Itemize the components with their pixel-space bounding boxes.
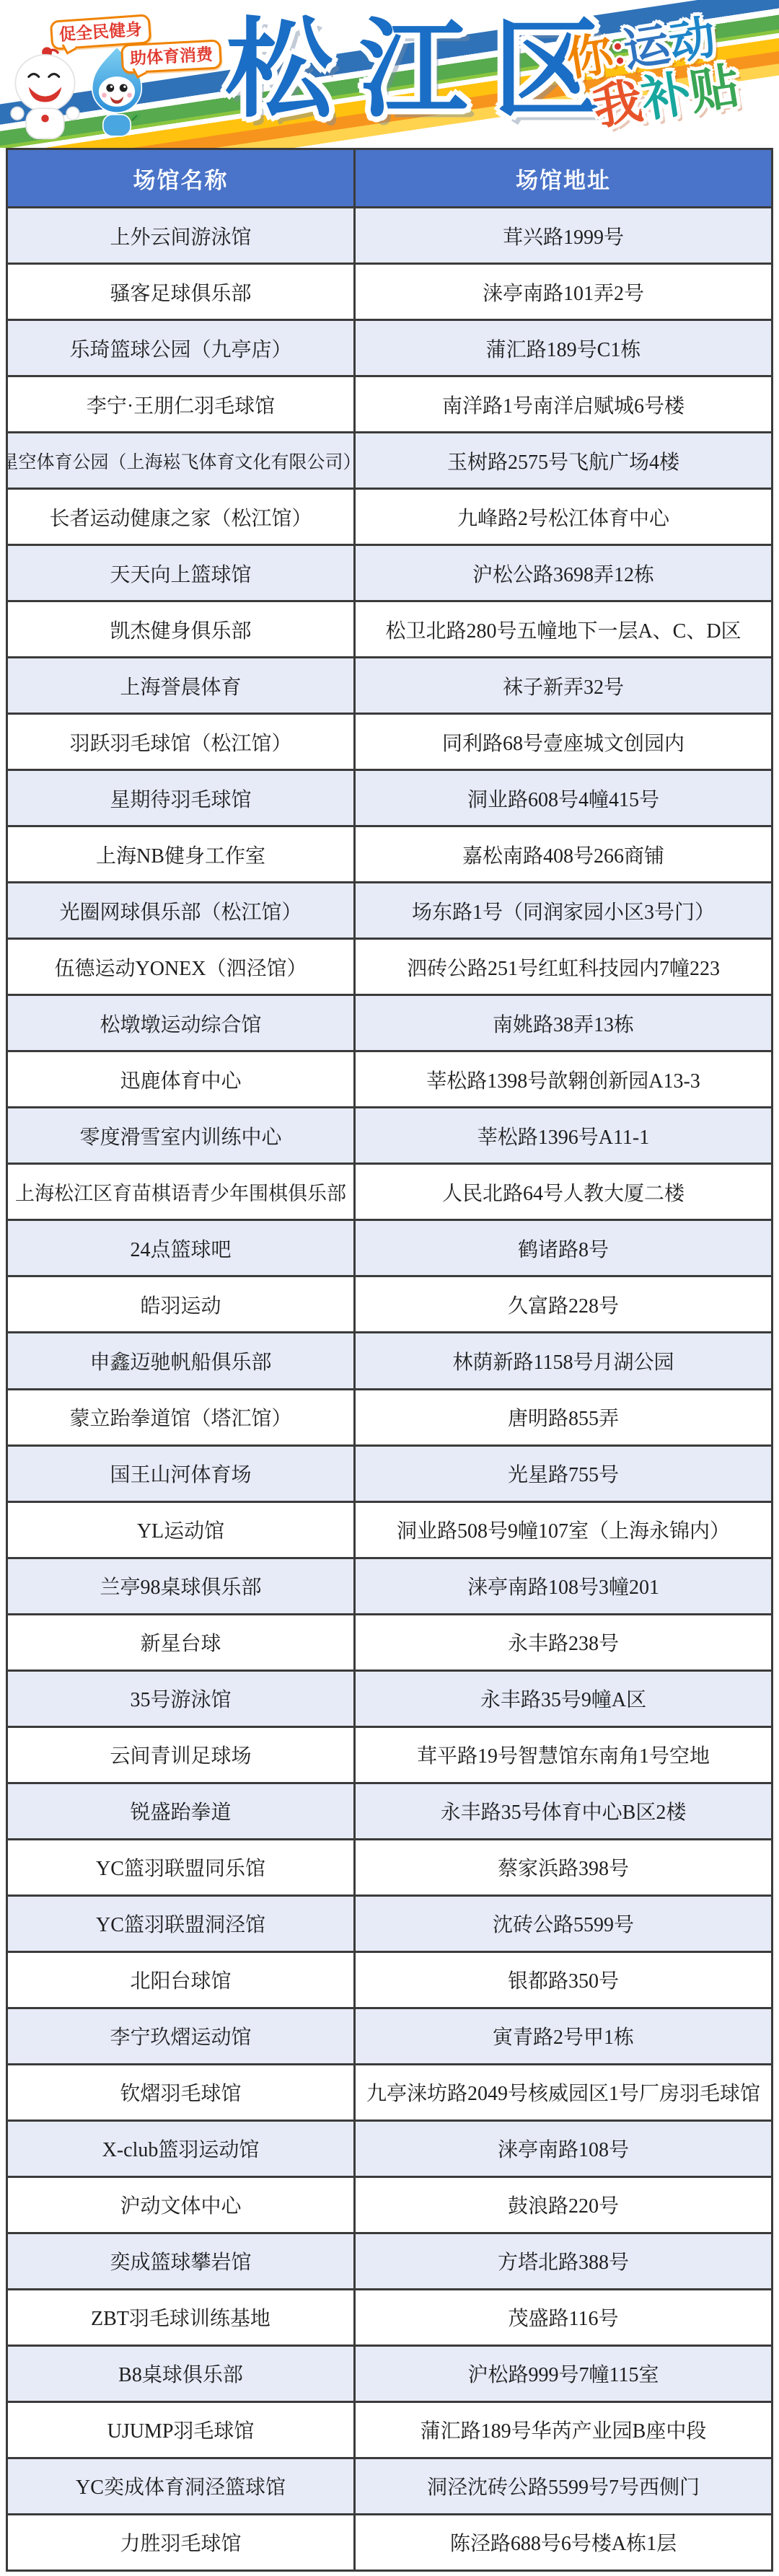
- venue-address-cell: 永丰路35号体育中心B区2楼: [356, 1784, 771, 1838]
- venue-table: 场馆名称 场馆地址 上外云间游泳馆茸兴路1999号骚客足球俱乐部涞亭南路101弄…: [6, 148, 773, 2572]
- venue-address-cell: 沪松路999号7幢115室: [356, 2347, 771, 2401]
- venue-name-cell: 星期待羽毛球馆: [8, 771, 353, 825]
- venue-address-cell: 嘉松南路408号266商铺: [356, 827, 771, 881]
- venue-name-cell: 松墩墩运动综合馆: [8, 996, 353, 1050]
- venue-address-cell: 玉树路2575号飞航广场4楼: [356, 433, 771, 488]
- venue-name-cell: 皓羽运动: [8, 1277, 353, 1331]
- venue-name-cell: 北阳台球馆: [8, 1953, 353, 2007]
- venue-address-cell: 寅青路2号甲1栋: [356, 2009, 771, 2063]
- venue-address-cell: 茸兴路1999号: [356, 208, 771, 263]
- venue-address-cell: 沪松公路3698弄12栋: [356, 546, 771, 600]
- venue-name-cell: 光圈网球俱乐部（松江馆）: [8, 883, 353, 938]
- venue-name-cell: B8桌球俱乐部: [8, 2347, 353, 2401]
- venue-name-cell: 李宁玖熠运动馆: [8, 2009, 353, 2063]
- venue-name-cell: UJUMP羽毛球馆: [8, 2403, 353, 2457]
- speech-bubble-consumption-text: 助体育消费: [129, 45, 213, 68]
- slogan-char: 运: [620, 21, 673, 74]
- venue-name-cell: X-club篮羽运动馆: [8, 2122, 353, 2176]
- venue-name-cell: 长者运动健康之家（松江馆）: [8, 490, 353, 544]
- slogan-char: 补: [638, 69, 695, 125]
- column-header-venue-name: 场馆名称: [8, 150, 353, 206]
- venue-name-cell: YC奕成体育洞泾篮球馆: [8, 2459, 353, 2513]
- venue-name-cell: 新星台球: [8, 1615, 353, 1669]
- venue-address-cell: 人民北路64号人教大厦二楼: [356, 1165, 771, 1219]
- venue-address-cell: 同利路68号壹座城文创园内: [356, 715, 771, 769]
- venue-name-cell: 李宁·王朋仁羽毛球馆: [8, 377, 353, 431]
- venue-address-cell: 涞亭南路101弄2号: [356, 265, 771, 319]
- venue-address-cell: 涞亭南路108号3幢201: [356, 1559, 771, 1613]
- venue-address-cell: 泗砖公路251号红虹科技园内7幢223: [356, 940, 771, 994]
- venue-address-cell: 鼓浪路220号: [356, 2178, 771, 2232]
- venue-name-cell: 奕成篮球攀岩馆: [8, 2234, 353, 2288]
- venue-address-cell: 莘松路1396号A11-1: [356, 1108, 771, 1163]
- venue-address-cell: 永丰路35号9幢A区: [356, 1672, 771, 1726]
- venue-name-cell: 申鑫迈驰帆船俱乐部: [8, 1333, 353, 1388]
- venue-name-cell: 星空体育公园（上海崧飞体育文化有限公司）: [8, 433, 353, 488]
- slogan-char: 你: [563, 30, 616, 83]
- venue-address-cell: 永丰路238号: [356, 1615, 771, 1669]
- venue-name-cell: 24点篮球吧: [8, 1221, 353, 1275]
- venue-name-cell: 迅鹿体育中心: [8, 1052, 353, 1106]
- venue-name-cell: YC篮羽联盟洞泾馆: [8, 1897, 353, 1951]
- venue-name-cell: 天天向上篮球馆: [8, 546, 353, 600]
- poster-page: 促全民健身 助体育消费 松江区 你运动 我补贴 场馆名称 场馆地址 上外云间游泳…: [0, 0, 779, 2576]
- venue-name-cell: 云间青训足球场: [8, 1728, 353, 1782]
- venue-name-cell: 力胜羽毛球馆: [8, 2515, 353, 2570]
- venue-address-cell: 九峰路2号松江体育中心: [356, 490, 771, 544]
- venue-name-cell: 上海NB健身工作室: [8, 827, 353, 881]
- venue-address-cell: 方塔北路388号: [356, 2234, 771, 2288]
- venue-address-cell: 场东路1号（同润家园小区3号门）: [356, 883, 771, 938]
- banner: 促全民健身 助体育消费 松江区 你运动 我补贴: [0, 0, 779, 148]
- venue-name-cell: 零度滑雪室内训练中心: [8, 1108, 353, 1163]
- venue-name-cell: 骚客足球俱乐部: [8, 265, 353, 319]
- venue-address-cell: 茂盛路116号: [356, 2290, 771, 2345]
- venue-address-cell: 南姚路38弄13栋: [356, 996, 771, 1050]
- venue-address-cell: 莘松路1398号歆翱创新园A13-3: [356, 1052, 771, 1106]
- venue-name-cell: 兰亭98桌球俱乐部: [8, 1559, 353, 1613]
- venue-name-cell: 乐琦篮球公园（九亭店）: [8, 321, 353, 375]
- slogan-char: 我: [590, 76, 646, 133]
- venue-name-cell: 上海松江区育苗棋语青少年围棋俱乐部: [8, 1165, 353, 1219]
- venue-address-cell: 洞业路608号4幢415号: [356, 771, 771, 825]
- venue-name-cell: 上外云间游泳馆: [8, 208, 353, 263]
- venue-name-cell: 35号游泳馆: [8, 1672, 353, 1726]
- district-title: 松江区: [225, 10, 564, 129]
- venue-address-cell: 久富路228号: [356, 1277, 771, 1331]
- venue-address-cell: 茸平路19号智慧馆东南角1号空地: [356, 1728, 771, 1782]
- venue-address-cell: 沈砖公路5599号: [356, 1897, 771, 1951]
- venue-address-cell: 袜子新弄32号: [356, 658, 771, 713]
- venue-address-cell: 光星路755号: [356, 1447, 771, 1501]
- venue-address-cell: 唐明路855弄: [356, 1390, 771, 1444]
- speech-bubble-fitness-text: 促全民健身: [58, 19, 143, 44]
- venue-name-cell: YC篮羽联盟同乐馆: [8, 1840, 353, 1894]
- venue-address-cell: 松卫北路280号五幢地下一层A、C、D区: [356, 602, 771, 656]
- venue-name-cell: YL运动馆: [8, 1503, 353, 1557]
- venue-address-cell: 蒲汇路189号C1栋: [356, 321, 771, 375]
- mascot-white-icon: [7, 40, 83, 148]
- venue-name-cell: 国王山河体育场: [8, 1447, 353, 1501]
- venue-name-cell: 蒙立跆拳道馆（塔汇馆）: [8, 1390, 353, 1444]
- venue-name-cell: 钦熠羽毛球馆: [8, 2065, 353, 2120]
- speech-bubble-consumption: 助体育消费: [120, 39, 222, 74]
- venue-address-cell: 陈泾路688号6号楼A栋1层: [356, 2515, 771, 2570]
- venue-address-cell: 鹤诸路8号: [356, 1221, 771, 1275]
- venue-address-cell: 林荫新路1158号月湖公园: [356, 1333, 771, 1388]
- venue-name-cell: 沪动文体中心: [8, 2178, 353, 2232]
- venue-address-cell: 蒲汇路189号华芮产业园B座中段: [356, 2403, 771, 2457]
- venue-name-cell: 伍德运动YONEX（泗泾馆）: [8, 940, 353, 994]
- venue-name-cell: ZBT羽毛球训练基地: [8, 2290, 353, 2345]
- venue-address-cell: 涞亭南路108号: [356, 2122, 771, 2176]
- venue-address-cell: 银都路350号: [356, 1953, 771, 2007]
- venue-name-cell: 凯杰健身俱乐部: [8, 602, 353, 656]
- venue-address-cell: 南洋路1号南洋启赋城6号楼: [356, 377, 771, 431]
- venue-address-cell: 洞业路508号9幢107室（上海永锦内）: [356, 1503, 771, 1557]
- slogan-char: 贴: [687, 61, 743, 118]
- venue-address-cell: 九亭涞坊路2049号核威园区1号厂房羽毛球馆: [356, 2065, 771, 2120]
- venue-name-cell: 上海誉晨体育: [8, 658, 353, 713]
- column-header-venue-address: 场馆地址: [356, 150, 771, 206]
- venue-address-cell: 蔡家浜路398号: [356, 1840, 771, 1894]
- venue-name-cell: 锐盛跆拳道: [8, 1784, 353, 1838]
- venue-address-cell: 洞泾沈砖公路5599号7号西侧门: [356, 2459, 771, 2513]
- venue-name-cell: 羽跃羽毛球馆（松江馆）: [8, 715, 353, 769]
- slogan-char: 动: [666, 14, 718, 66]
